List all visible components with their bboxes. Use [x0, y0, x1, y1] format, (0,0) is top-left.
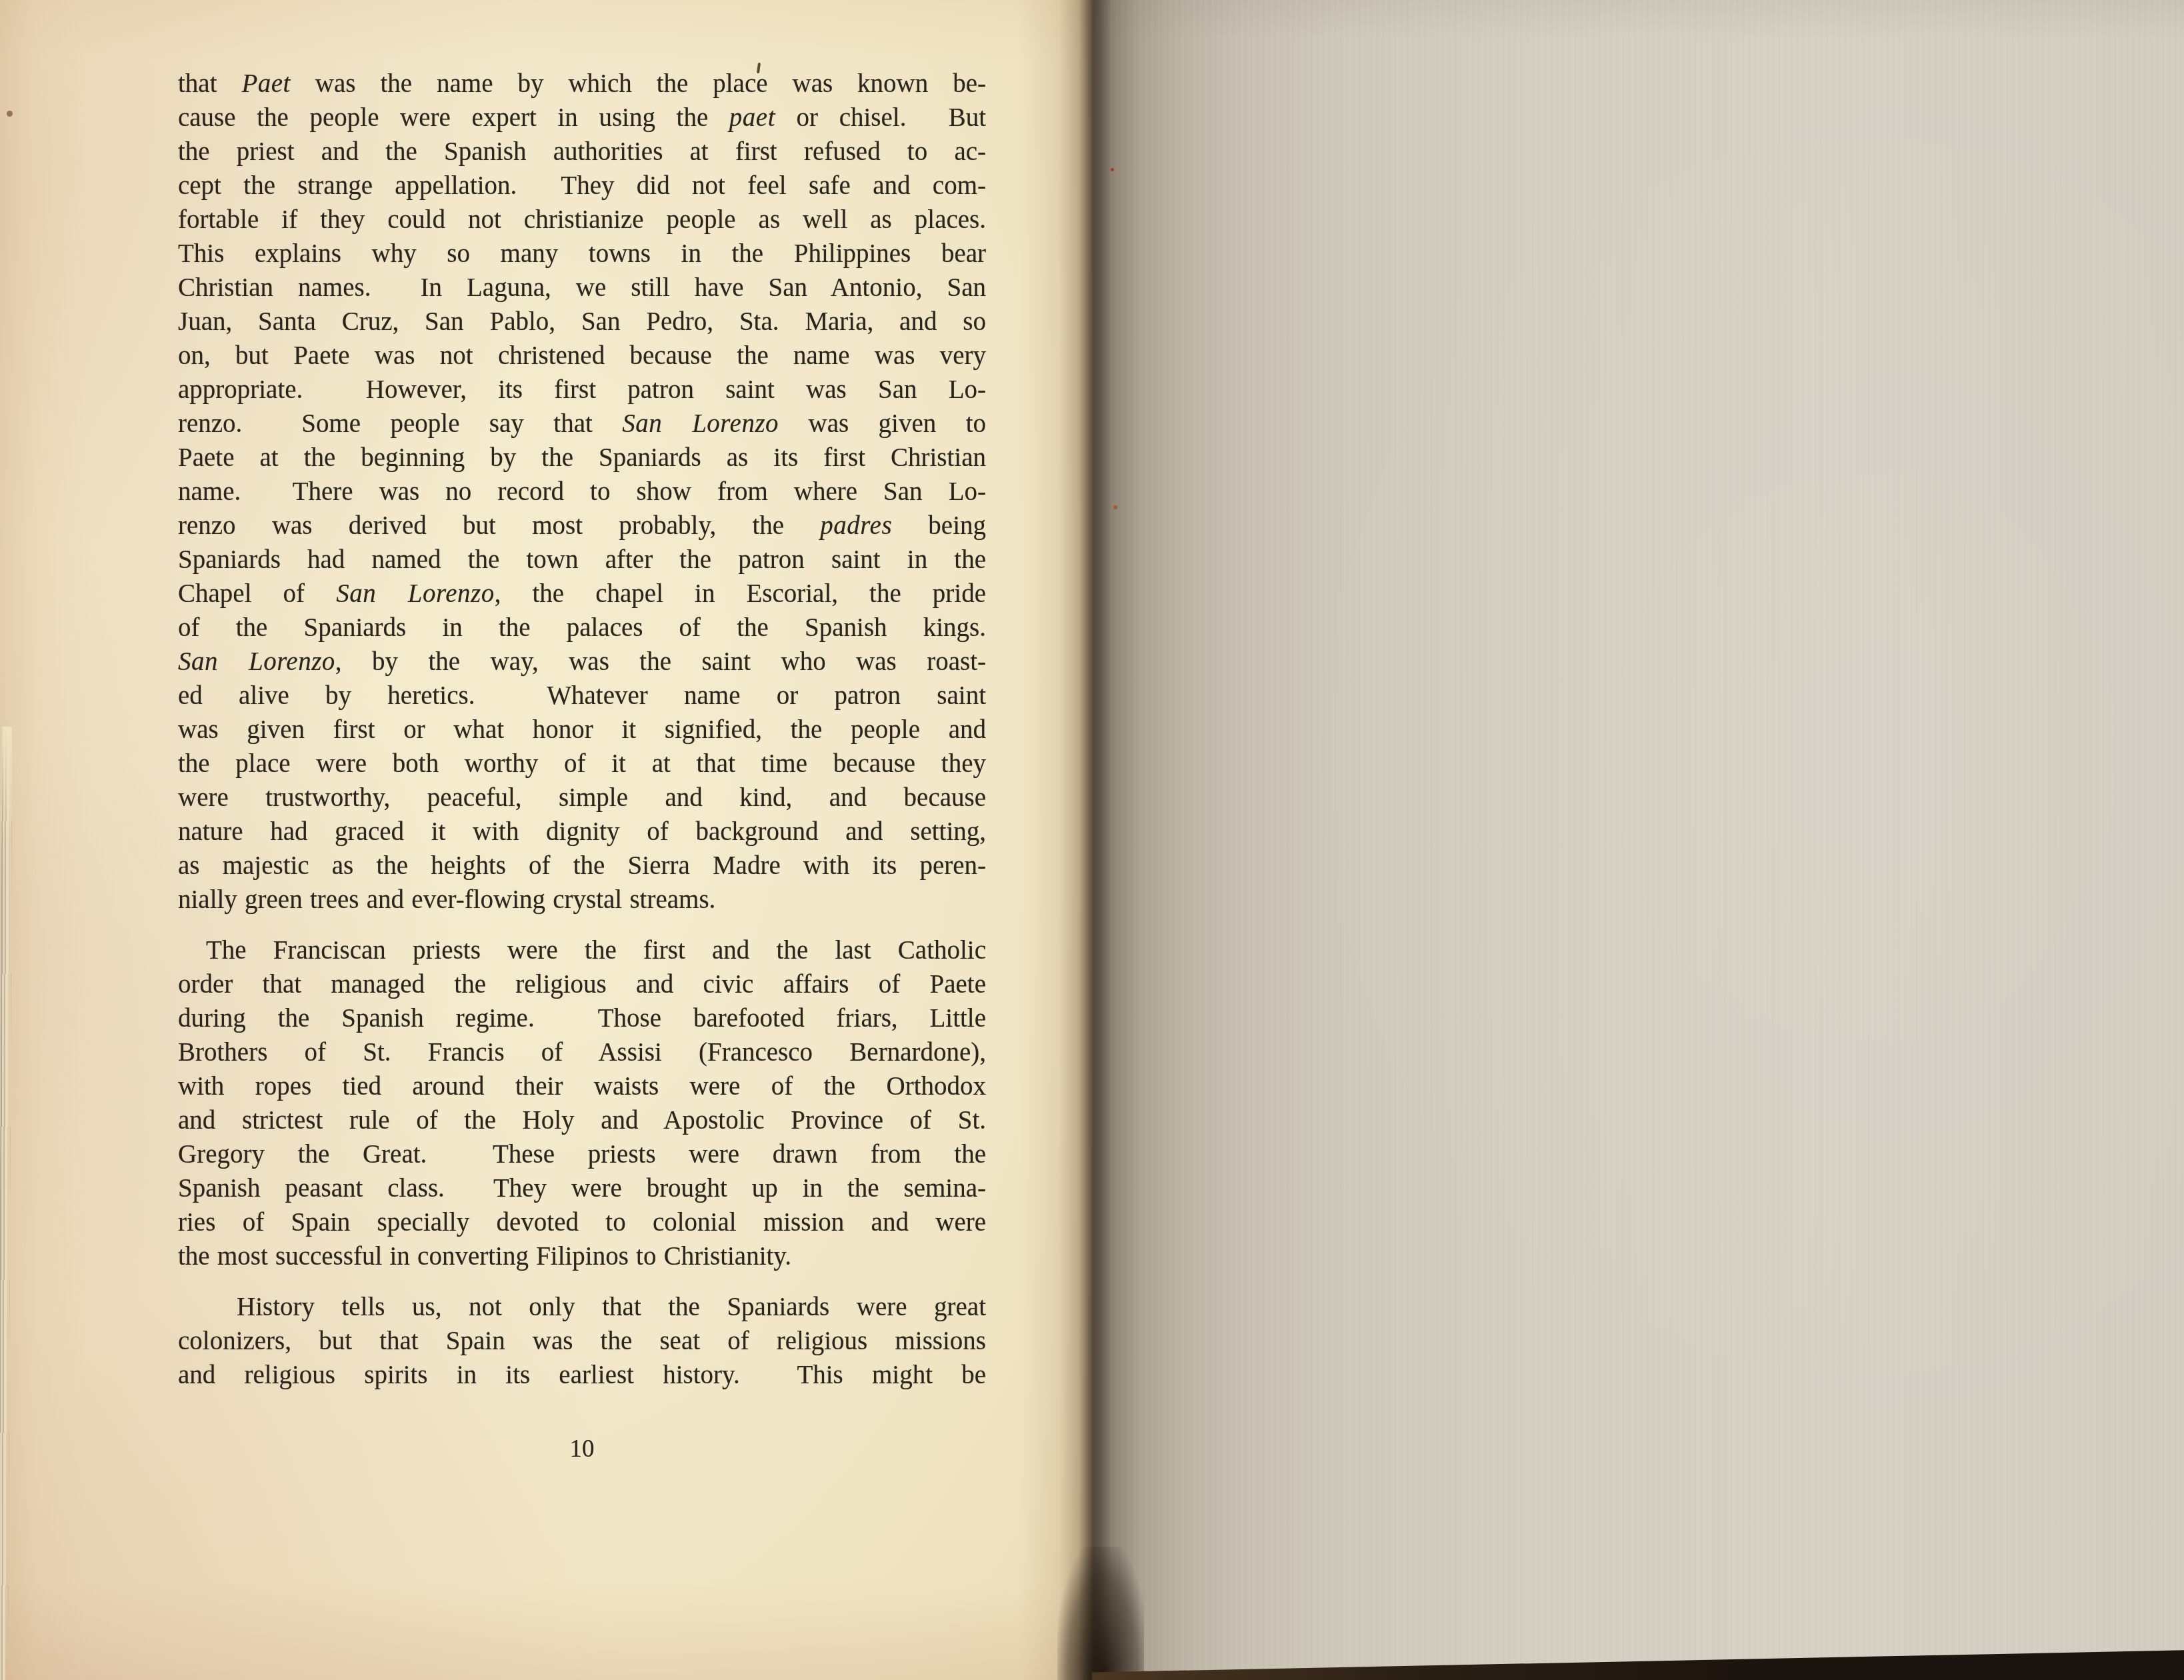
text-line: the place were both worthy of it at that…	[178, 747, 986, 781]
text-line: Spanish peasant class. They were brought…	[178, 1171, 986, 1205]
text-line: nially green trees and ever-flowing crys…	[178, 883, 986, 917]
text-line: as majestic as the heights of the Sierra…	[178, 849, 986, 883]
text-line: This explains why so many towns in the P…	[178, 237, 986, 271]
text-line: Spaniards had named the town after the p…	[178, 543, 986, 577]
text-line: the priest and the Spanish authorities a…	[178, 135, 986, 169]
text-line: and strictest rule of the Holy and Apost…	[178, 1103, 986, 1137]
paragraph: that Paet was the name by which the plac…	[178, 67, 986, 917]
gutter-shadow	[1019, 0, 1185, 1680]
text-line: fortable if they could not christianize …	[178, 203, 986, 237]
right-page-blank	[1092, 0, 2184, 1680]
text-line: were trustworthy, peaceful, simple and k…	[178, 781, 986, 815]
text-line: ries of Spain specially devoted to colon…	[178, 1205, 986, 1239]
text-line: Paete at the beginning by the Spaniards …	[178, 441, 986, 475]
text-line: Chapel of San Lorenzo, the chapel in Esc…	[178, 577, 986, 611]
text-line: with ropes tied around their waists were…	[178, 1069, 986, 1103]
text-line: that Paet was the name by which the plac…	[178, 67, 986, 101]
text-line: appropriate. However, its first patron s…	[178, 373, 986, 407]
text-line: Christian names. In Laguna, we still hav…	[178, 271, 986, 305]
text-line: on, but Paete was not christened because…	[178, 339, 986, 373]
text-line: order that managed the religious and civ…	[178, 967, 986, 1001]
page-number: 10	[178, 1435, 986, 1463]
text-line: of the Spaniards in the palaces of the S…	[178, 611, 986, 645]
text-line: name. There was no record to show from w…	[178, 475, 986, 509]
book-spread: that Paet was the name by which the plac…	[0, 0, 2184, 1680]
text-line: Gregory the Great. These priests were dr…	[178, 1137, 986, 1171]
text-line: colonizers, but that Spain was the seat …	[178, 1324, 986, 1358]
text-line: History tells us, not only that the Span…	[178, 1290, 986, 1324]
text-line: and religious spirits in its earliest hi…	[178, 1358, 986, 1392]
text-line: Juan, Santa Cruz, San Pablo, San Pedro, …	[178, 305, 986, 339]
paragraph: The Franciscan priests were the first an…	[178, 933, 986, 1273]
text-line: The Franciscan priests were the first an…	[178, 933, 986, 967]
paper-speck	[1113, 505, 1117, 509]
paper-speck	[7, 111, 13, 117]
body-text: that Paet was the name by which the plac…	[178, 67, 986, 1392]
paragraph: History tells us, not only that the Span…	[178, 1290, 986, 1392]
page-edge-stack	[0, 727, 12, 1680]
text-line: during the Spanish regime. Those barefoo…	[178, 1001, 986, 1035]
text-line: renzo was derived but most probably, the…	[178, 509, 986, 543]
text-line: the most successful in converting Filipi…	[178, 1239, 986, 1273]
text-line: nature had graced it with dignity of bac…	[178, 815, 986, 849]
text-line: Brothers of St. Francis of Assisi (Franc…	[178, 1035, 986, 1069]
text-line: ed alive by heretics. Whatever name or p…	[178, 679, 986, 713]
gutter-bottom-shadow	[1057, 1547, 1144, 1680]
paper-speck	[1111, 168, 1114, 171]
text-line: cept the strange appellation. They did n…	[178, 169, 986, 203]
text-line: San Lorenzo, by the way, was the saint w…	[178, 645, 986, 679]
text-line: cause the people were expert in using th…	[178, 101, 986, 135]
text-line: renzo. Some people say that San Lorenzo …	[178, 407, 986, 441]
left-page: that Paet was the name by which the plac…	[0, 0, 1097, 1680]
text-line: was given first or what honor it signifi…	[178, 713, 986, 747]
